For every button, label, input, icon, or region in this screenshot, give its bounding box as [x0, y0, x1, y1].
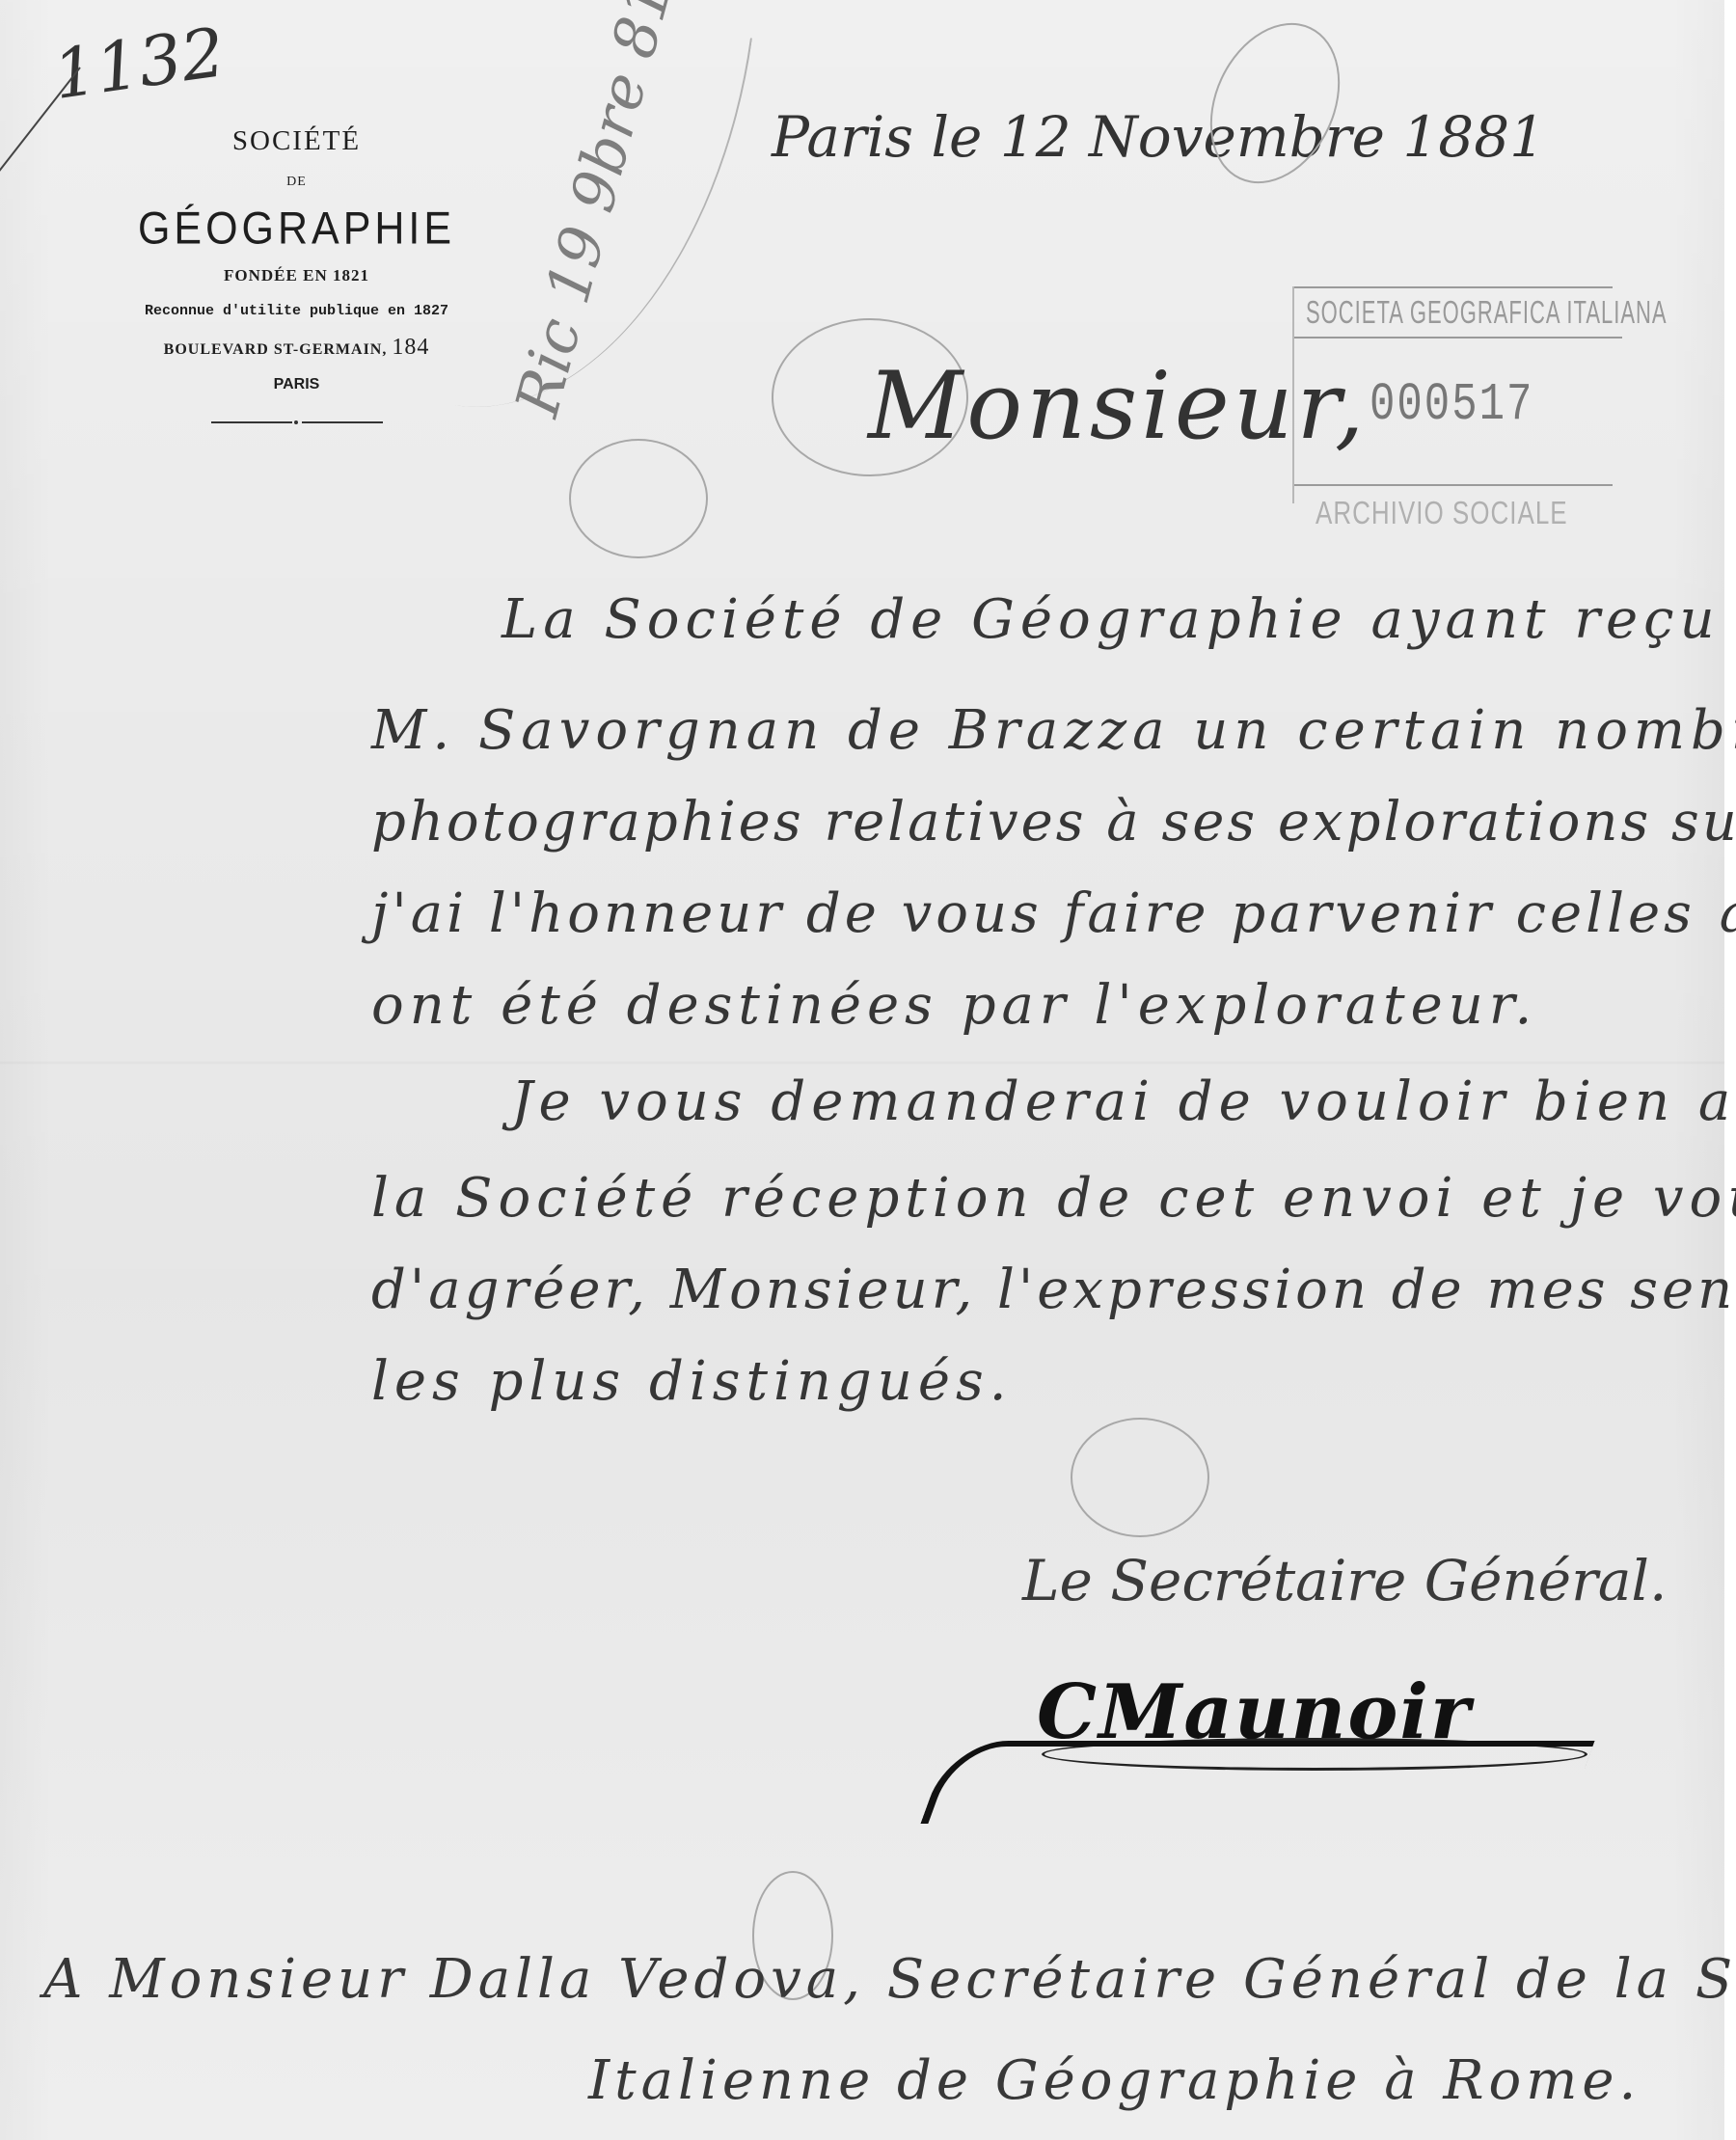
body-line-1: La Société de Géographie ayant reçu de	[502, 588, 1736, 651]
body-line-3: photographies relatives à ses exploratio…	[371, 791, 1736, 853]
letterhead-de: DE	[130, 175, 463, 190]
letterhead: SOCIÉTÉ DE GÉOGRAPHIE FONDÉE EN 1821 Rec…	[130, 125, 463, 423]
letterhead-founded: FONDÉE EN 1821	[130, 266, 463, 285]
stamp-top-rule	[1294, 286, 1613, 288]
paper-fold-crease	[0, 1061, 1724, 1065]
body-line-6: Je vous demanderai de vouloir bien accus…	[511, 1070, 1736, 1133]
letterhead-city: PARIS	[130, 376, 463, 393]
stamp-header-rule	[1294, 337, 1622, 339]
closing-capital-flourish	[1071, 1418, 1209, 1537]
body-line-2: M. Savorgnan de Brazza un certain nombre…	[371, 699, 1736, 762]
address-line-2: Italienne de Géographie à Rome.	[588, 2049, 1641, 2112]
body-line-9: les plus distingués.	[371, 1350, 1013, 1413]
letterhead-street-number: 184	[392, 335, 429, 360]
stamp-footer: ARCHIVIO SOCIALE	[1316, 494, 1568, 532]
date-line: Paris le 12 Novembre 1881	[772, 104, 1545, 170]
stamp-footer-rule	[1294, 484, 1613, 486]
stamp-header: SOCIETA GEOGRAFICA ITALIANA	[1306, 294, 1668, 332]
letterhead-street: BOULEVARD ST-GERMAIN,	[164, 341, 388, 358]
letterhead-divider	[211, 420, 383, 423]
body-line-7: la Société réception de cet envoi et je …	[371, 1167, 1736, 1230]
letterhead-societe: SOCIÉTÉ	[130, 125, 463, 157]
salutation: Monsieur,	[868, 352, 1368, 460]
closing-title: Le Secrétaire Général.	[1022, 1548, 1667, 1613]
body-line-4: j'ai l'honneur de vous faire parvenir ce…	[371, 882, 1736, 945]
body-line-8: d'agréer, Monsieur, l'expression de mes …	[371, 1259, 1736, 1321]
letterhead-geographie: GÉOGRAPHIE	[130, 203, 463, 256]
body-line-5: ont été destinées par l'explorateur.	[371, 974, 1537, 1037]
letterhead-address: BOULEVARD ST-GERMAIN, 184	[130, 335, 463, 361]
letterhead-recognized: Reconnue d'utilite publique en 1827	[130, 303, 463, 319]
address-line-1: A Monsieur Dalla Vedova, Secrétaire Géné…	[43, 1948, 1736, 2011]
stamp-number: 000517	[1370, 375, 1533, 436]
signature-flourish	[920, 1741, 1594, 1824]
divider-dot-icon	[294, 420, 298, 424]
paragraph-capital-flourish	[569, 439, 708, 558]
